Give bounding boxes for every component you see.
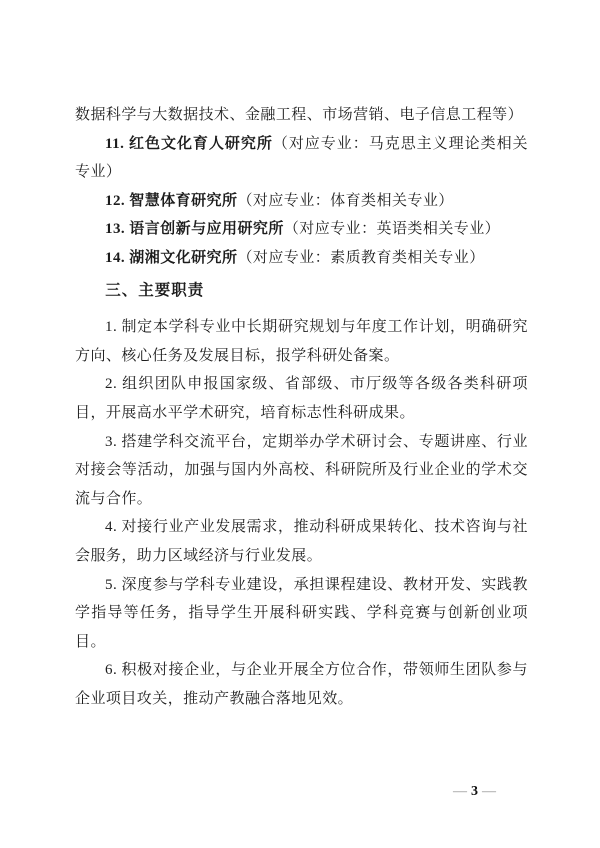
institute-name: 12. 智慧体育研究所 [105, 193, 237, 209]
institute-majors: （对应专业：英语类相关专业） [284, 221, 500, 237]
continuation-paragraph: 数据科学与大数据技术、金融工程、市场营销、电子信息工程等） [75, 101, 528, 130]
institute-majors: （对应专业：体育类相关专业） [237, 193, 453, 209]
duty-paragraph-2: 2. 组织团队申报国家级、省部级、市厅级等各级各类科研项目，开展高水平学术研究，… [75, 370, 528, 427]
document-page: 数据科学与大数据技术、金融工程、市场营销、电子信息工程等） 11. 红色文化育人… [0, 0, 600, 848]
page-number-dash-right: — [478, 784, 500, 799]
duty-paragraph-1: 1. 制定本学科专业中长期研究规划与年度工作计划，明确研究方向、核心任务及发展目… [75, 313, 528, 370]
duty-paragraph-6: 6. 积极对接企业，与企业开展全方位合作，带领师生团队参与企业项目攻关，推动产教… [75, 656, 528, 713]
institute-item-14: 14. 湖湘文化研究所（对应专业：素质教育类相关专业） [75, 244, 528, 273]
institute-name: 11. 红色文化育人研究所 [105, 136, 273, 152]
duty-paragraph-3: 3. 搭建学科交流平台，定期举办学术研讨会、专题讲座、行业对接会等活动，加强与国… [75, 428, 528, 514]
section-heading: 三、主要职责 [75, 277, 528, 306]
duty-paragraph-4: 4. 对接行业产业发展需求，推动科研成果转化、技术咨询与社会服务，助力区域经济与… [75, 513, 528, 570]
institute-item-13: 13. 语言创新与应用研究所（对应专业：英语类相关专业） [75, 215, 528, 244]
page-number-value: 3 [471, 784, 478, 799]
institute-majors: （对应专业：素质教育类相关专业） [237, 250, 484, 266]
page-number-dash-left: — [449, 784, 471, 799]
institute-item-11: 11. 红色文化育人研究所（对应专业：马克思主义理论类相关专业） [75, 130, 528, 187]
institute-item-12: 12. 智慧体育研究所（对应专业：体育类相关专业） [75, 187, 528, 216]
duty-paragraph-5: 5. 深度参与学科专业建设，承担课程建设、教材开发、实践教学指导等任务，指导学生… [75, 571, 528, 657]
institute-name: 13. 语言创新与应用研究所 [105, 221, 284, 237]
institute-name: 14. 湖湘文化研究所 [105, 250, 237, 266]
page-number: —3— [449, 784, 500, 800]
document-body: 数据科学与大数据技术、金融工程、市场营销、电子信息工程等） 11. 红色文化育人… [75, 101, 528, 713]
